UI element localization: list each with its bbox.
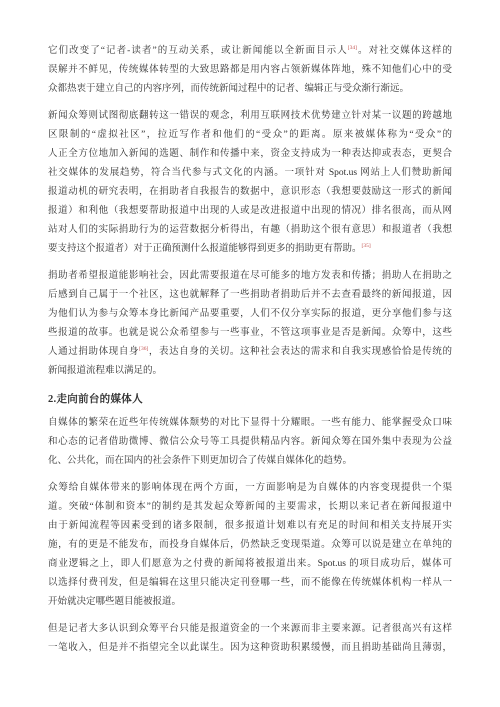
text-line: 些报道的故事。也就是说公众希望参与一些事业，不管这项事业是否是新闻。众筹中，这些 (48, 324, 452, 343)
text-run: 众筹给自媒体带来的影响体现在两个方面，一方面影响是为自媒体的内容变现提供一个渠 (48, 483, 452, 493)
text-line: 施，有的更是不能发布，而投身自媒体后，仍然缺乏变现渠道。众筹可以说是建立在单纯的 (48, 536, 452, 555)
text-line: 新闻报道流程难以满足的。 (48, 362, 452, 381)
text-line: 化、公共化，而在国内的社会条件下则更加切合了传媒自媒体化的趋势。 (48, 452, 452, 471)
text-line: 要支持这个报道者）对于正确预测什么报道能够得到更多的捐助更有帮助。[35] (48, 240, 452, 259)
text-run: 它们改变了“记者-读者”的互动关系，或让新闻能以全新面目示人 (48, 46, 348, 56)
footnote-ref[interactable]: [36] (139, 346, 148, 352)
text-line: 捐助者希望报道能影响社会，因此需要报道在尽可能多的地方发表和传播；捐助人在捐助之 (48, 267, 452, 286)
text-line: 由于新闻流程等因素受到的诸多限制，很多报道计划难以有充足的时间和相关支持展开实 (48, 517, 452, 536)
text-line: 道。突破“体制和资本”的制约是其发起众筹新闻的主要需求，长期以来记者在新闻报道中 (48, 498, 452, 517)
text-run: 众都热衷于建立自己的内容序列，而传统新闻过程中的记者、编辑正与受众渐行渐远。 (48, 84, 409, 94)
text-line: 报道）和利他（我想要帮助报道中出现的人或是改进报道中出现的情况）排名很高，而从网 (48, 202, 452, 221)
text-run: 误解并不鲜见，传统媒体转型的大致思路都是用内容占领新媒体阵地，殊不知他们心中的受 (48, 65, 452, 75)
text-run: 些报道的故事。也就是说公众希望参与一些事业，不管这项事业是否是新闻。众筹中，这些 (48, 328, 452, 338)
text-run: 由于新闻流程等因素受到的诸多限制，很多报道计划难以有充足的时间和相关支持展开实 (48, 521, 452, 531)
text-line: 新闻众筹则试图彻底翻转这一错误的观念，利用互联网技术优势建立针对某一议题的跨越地 (48, 107, 452, 126)
paragraph: 捐助者希望报道能影响社会，因此需要报道在尽可能多的地方发表和传播；捐助人在捐助之… (48, 267, 452, 381)
text-line: 和心态的记者借助微博、微信公众号等工具提供精品内容。新闻众筹在国外集中表现为公益 (48, 433, 452, 452)
text-line: 人通过捐助体现自身[36]，表达自身的关切。这种社会表达的需求和自我实现感恰恰是… (48, 343, 452, 362)
text-run: 一笔收入，但是并不指望完全以此谋生。因为这种资助积累缓慢，而且捐助基础尚且薄弱， (48, 643, 452, 653)
text-run: 捐助者希望报道能影响社会，因此需要报道在尽可能多的地方发表和传播；捐助人在捐助之 (48, 271, 452, 281)
text-run: 为他们认为参与众筹本身比新闻产品要重要，人们不仅分享实际的报道，更分享他们参与这 (48, 309, 452, 319)
paragraph: 众筹给自媒体带来的影响体现在两个方面，一方面影响是为自媒体的内容变现提供一个渠道… (48, 479, 452, 612)
paragraph: 自媒体的繁荣在近些年传统媒体颓势的对比下显得十分耀眼。一些有能力、能掌握受众口味… (48, 414, 452, 471)
document-body: 它们改变了“记者-读者”的互动关系，或让新闻能以全新面目示人[34]。对社交媒体… (48, 42, 452, 658)
text-run: 施，有的更是不能发布，而投身自媒体后，仍然缺乏变现渠道。众筹可以说是建立在单纯的 (48, 540, 452, 550)
text-line: 自媒体的繁荣在近些年传统媒体颓势的对比下显得十分耀眼。一些有能力、能掌握受众口味 (48, 414, 452, 433)
text-run: 后感到自己属于一个社区，这也就解释了一些捐助者捐助后并不去查看最终的新闻报道，因 (48, 290, 452, 300)
text-line: 一笔收入，但是并不指望完全以此谋生。因为这种资助积累缓慢，而且捐助基础尚且薄弱， (48, 639, 452, 658)
paragraph: 但是记者大多认识到众筹平台只能是报道资金的一个来源而非主要来源。记者很高兴有这样… (48, 620, 452, 658)
text-run: ，表达自身的关切。这种社会表达的需求和自我实现感恰恰是传统的 (148, 347, 452, 357)
footnote-ref[interactable]: [34] (348, 45, 357, 51)
text-run: 站对人们的实际捐助行为的运营数据分析得出，有趣（捐助这个很有意思）和报道者（我想 (48, 225, 452, 235)
text-run: 新闻众筹则试图彻底翻转这一错误的观念，利用互联网技术优势建立针对某一议题的跨越地 (48, 111, 452, 121)
paragraph: 它们改变了“记者-读者”的互动关系，或让新闻能以全新面目示人[34]。对社交媒体… (48, 42, 452, 99)
text-run: 社交媒体的发展趋势，符合当代参与式文化的内涵。一项针对 Spot.us 网站上人… (48, 168, 452, 178)
text-run: 。对社交媒体这样的 (357, 46, 452, 56)
text-line: 以选择付费刊发，但是编辑在这里只能决定刊登哪一些，而不能像在传统媒体机构一样从一 (48, 574, 452, 593)
text-run: 商业逻辑之上，即人们愿意为之付费的新闻将被报道出来。Spot.us 的项目成功后… (48, 559, 452, 569)
text-line: 但是记者大多认识到众筹平台只能是报道资金的一个来源而非主要来源。记者很高兴有这样 (48, 620, 452, 639)
document-page: 它们改变了“记者-读者”的互动关系，或让新闻能以全新面目示人[34]。对社交媒体… (0, 0, 500, 707)
text-run: 道。突破“体制和资本”的制约是其发起众筹新闻的主要需求，长期以来记者在新闻报道中 (48, 502, 452, 512)
text-line: 误解并不鲜见，传统媒体转型的大致思路都是用内容占领新媒体阵地，殊不知他们心中的受 (48, 61, 452, 80)
text-line: 后感到自己属于一个社区，这也就解释了一些捐助者捐助后并不去查看最终的新闻报道，因 (48, 286, 452, 305)
text-run: 报道动机的研究表明，在捐助者自我报告的数据中，意识形态（我想要鼓励这一形式的新闻 (48, 187, 452, 197)
text-run: 区限制的“虚拟社区”，拉近写作者和他们的“受众”的距离。原来被媒体称为“受众”的 (48, 130, 452, 140)
text-line: 人正全方位地加入新闻的选题、制作和传播中来，资金支持成为一种表达抑或表态，更契合 (48, 145, 452, 164)
text-line: 众筹给自媒体带来的影响体现在两个方面，一方面影响是为自媒体的内容变现提供一个渠 (48, 479, 452, 498)
text-line: 商业逻辑之上，即人们愿意为之付费的新闻将被报道出来。Spot.us 的项目成功后… (48, 555, 452, 574)
text-run: 化、公共化，而在国内的社会条件下则更加切合了传媒自媒体化的趋势。 (48, 456, 352, 466)
footnote-ref[interactable]: [35] (362, 243, 371, 249)
text-run: 以选择付费刊发，但是编辑在这里只能决定刊登哪一些，而不能像在传统媒体机构一样从一 (48, 578, 452, 588)
text-line: 开始就决定哪些题目能被报道。 (48, 593, 452, 612)
text-run: 人通过捐助体现自身 (48, 347, 139, 357)
text-run: 和心态的记者借助微博、微信公众号等工具提供精品内容。新闻众筹在国外集中表现为公益 (48, 437, 452, 447)
paragraph: 新闻众筹则试图彻底翻转这一错误的观念，利用互联网技术优势建立针对某一议题的跨越地… (48, 107, 452, 259)
text-run: 但是记者大多认识到众筹平台只能是报道资金的一个来源而非主要来源。记者很高兴有这样 (48, 624, 452, 634)
text-run: 报道）和利他（我想要帮助报道中出现的人或是改进报道中出现的情况）排名很高，而从网 (48, 206, 452, 216)
section-heading: 2.走向前台的媒体人 (48, 390, 452, 409)
text-line: 报道动机的研究表明，在捐助者自我报告的数据中，意识形态（我想要鼓励这一形式的新闻 (48, 183, 452, 202)
text-run: 开始就决定哪些题目能被报道。 (48, 597, 181, 607)
text-line: 区限制的“虚拟社区”，拉近写作者和他们的“受众”的距离。原来被媒体称为“受众”的 (48, 126, 452, 145)
text-run: 自媒体的繁荣在近些年传统媒体颓势的对比下显得十分耀眼。一些有能力、能掌握受众口味 (48, 418, 452, 428)
text-run: 新闻报道流程难以满足的。 (48, 366, 162, 376)
text-line: 站对人们的实际捐助行为的运营数据分析得出，有趣（捐助这个很有意思）和报道者（我想 (48, 221, 452, 240)
text-line: 众都热衷于建立自己的内容序列，而传统新闻过程中的记者、编辑正与受众渐行渐远。 (48, 80, 452, 99)
text-line: 它们改变了“记者-读者”的互动关系，或让新闻能以全新面目示人[34]。对社交媒体… (48, 42, 452, 61)
text-run: 要支持这个报道者）对于正确预测什么报道能够得到更多的捐助更有帮助。 (48, 244, 362, 254)
text-line: 社交媒体的发展趋势，符合当代参与式文化的内涵。一项针对 Spot.us 网站上人… (48, 164, 452, 183)
text-run: 人正全方位地加入新闻的选题、制作和传播中来，资金支持成为一种表达抑或表态，更契合 (48, 149, 452, 159)
text-line: 为他们认为参与众筹本身比新闻产品要重要，人们不仅分享实际的报道，更分享他们参与这 (48, 305, 452, 324)
